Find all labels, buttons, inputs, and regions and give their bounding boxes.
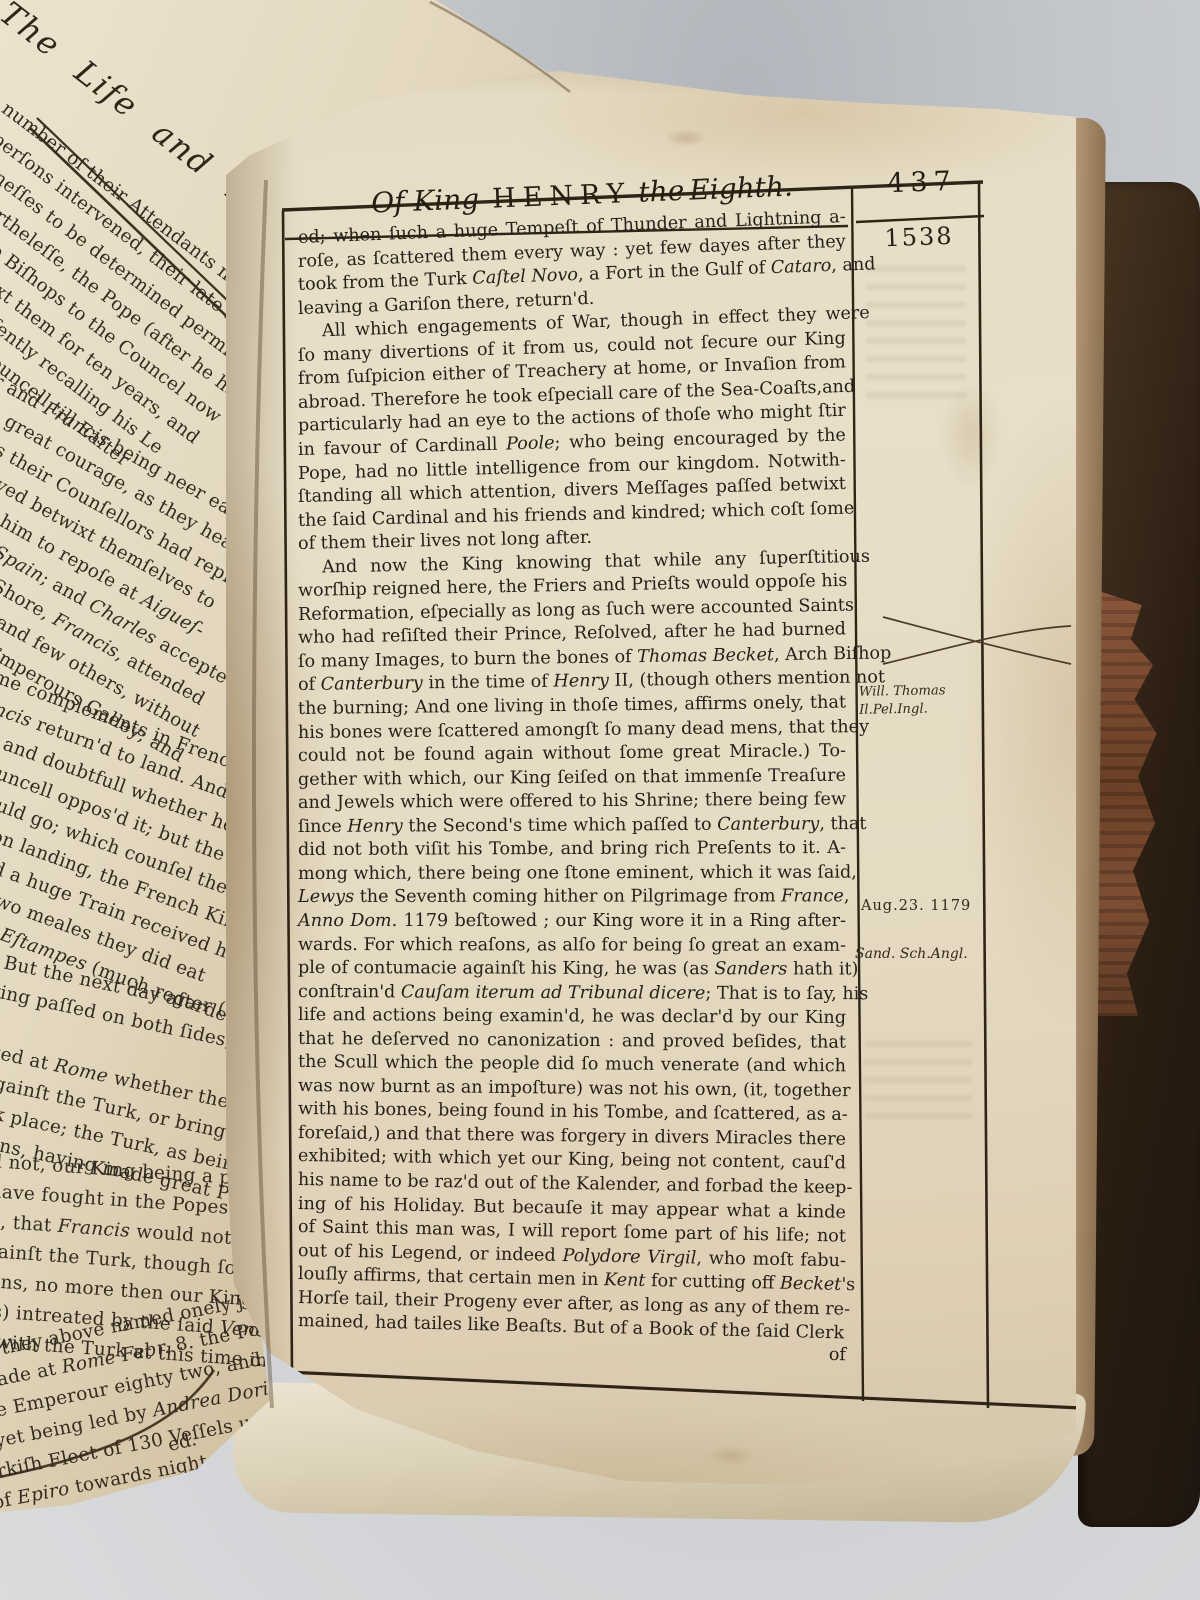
body-line: ſince Henry the Second's time which paſſ…: [298, 814, 846, 837]
body-line: and Jewels which were offered to his Shr…: [298, 790, 846, 814]
body-line: his name to be raz'd out of the Kalender…: [298, 1170, 846, 1198]
body-line: exhibited; with which yet our King, bein…: [298, 1146, 846, 1173]
body-line: ple of contumacie againſt his King, he w…: [298, 958, 846, 980]
bleed-through-text: [866, 260, 966, 405]
body-line: of Canterbury in the time of Henry II, (…: [298, 668, 846, 695]
body-line: foreſaid,) and that there was forgery in…: [298, 1123, 846, 1150]
ink-cross-mark: [883, 626, 1071, 664]
body-line: the Scull which the people did ſo much v…: [298, 1052, 846, 1076]
margin-year-note: 1538: [866, 221, 973, 253]
title-henry: HENRY: [492, 178, 632, 215]
body-line: wards. For which reaſons, as alſo for be…: [298, 935, 846, 956]
body-line: was now burnt as an impoſture) was not h…: [298, 1076, 846, 1101]
margin-citation: Sand. Sch.Angl.: [855, 946, 968, 962]
body-line: his bones were ſcattered amongſt ſo many…: [298, 717, 846, 743]
right-page: Of King HENRY the Eighth. 437 1538 Will.…: [226, 55, 1076, 1517]
body-line: with his bones, being found in his Tombe…: [298, 1099, 846, 1125]
margin-citation: Will. Thomas Il.Pel.Ingl.: [859, 682, 946, 720]
body-line: ſo many Images, to burn the bones of Tho…: [298, 644, 846, 672]
body-line: conſtrain'd Cauſam iterum ad Tribunal di…: [298, 982, 846, 1004]
bleed-through-text: [864, 1035, 972, 1125]
page-number: 437: [863, 165, 980, 200]
margin-date-note: Aug.23. 1179: [861, 898, 971, 914]
title-the: the: [638, 174, 685, 209]
body-line: gether with which, our King ſeiſed on th…: [298, 765, 846, 789]
body-line: life and actions being examin'd, he was …: [298, 1005, 846, 1028]
stain: [926, 355, 1016, 515]
body-line: who had reſiſted their Prince, Reſolved,…: [298, 620, 846, 649]
stain: [656, 125, 716, 151]
title-of-king: Of King: [371, 182, 480, 219]
body-line: mong which, there being one ſtone eminen…: [298, 862, 846, 883]
body-line: did not both viſit his Tombe, and bring …: [298, 838, 846, 860]
body-line: Anno Dom. 1179 beſtowed ; our King wore …: [298, 911, 846, 931]
body-line: could not be found again without ſome gr…: [298, 741, 846, 766]
stain: [696, 1441, 766, 1471]
body-line: Lewys the Seventh coming hither on Pilgr…: [298, 887, 846, 908]
body-line: the burning; And one living in thoſe tim…: [298, 692, 846, 719]
ink-cross-mark: [883, 617, 1071, 664]
book-photo: The Life and Reign affection, the number…: [0, 0, 1200, 1600]
margin-citation-line: Il.Pel.Ingl.: [859, 700, 946, 720]
body-line: that he deſerved no canonization : and p…: [298, 1029, 846, 1053]
title-eighth: Eighth.: [689, 170, 794, 207]
